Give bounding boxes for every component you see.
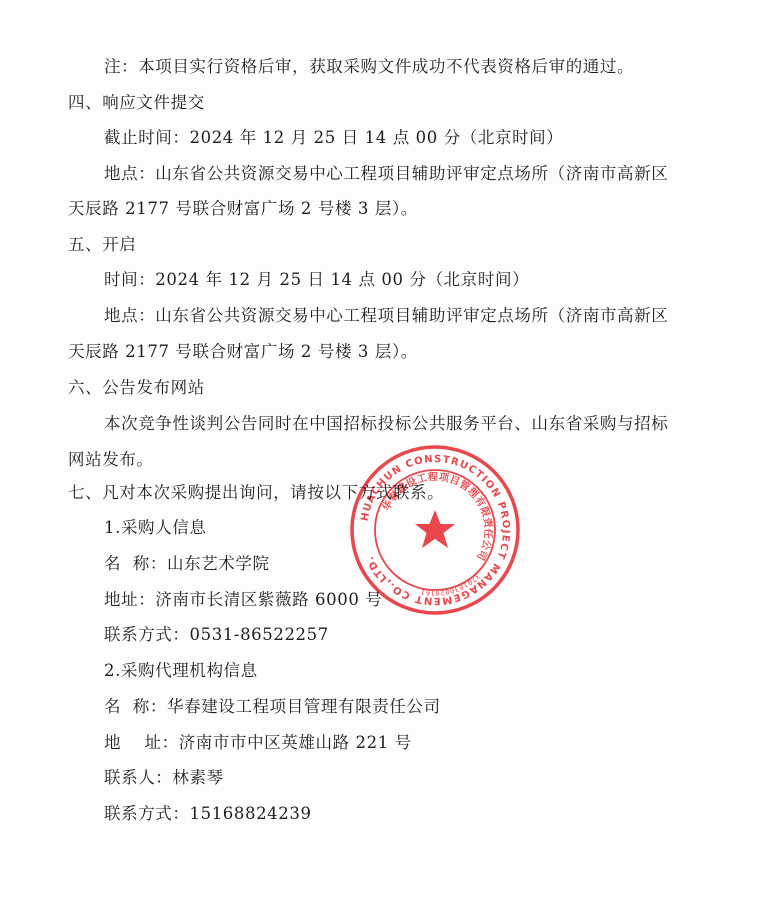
purchaser-address-label: 地址： <box>104 590 155 609</box>
agency-name: 华春建设工程项目管理有限责任公司 <box>167 697 441 716</box>
agency-contact-person: 林素琴 <box>172 768 223 787</box>
purchaser-name: 山东艺术学院 <box>167 554 270 573</box>
purchaser-info-title: 1.采购人信息 <box>104 517 744 539</box>
submission-location-line2: 天辰路 2177 号联合财富广场 2 号楼 3 层）。 <box>68 198 708 220</box>
purchaser-contact-label: 联系方式： <box>104 625 190 644</box>
publication-sites-line2: 网站发布。 <box>68 449 708 471</box>
agency-address-row: 地 址：济南市市中区英雄山路 221 号 <box>104 732 744 754</box>
agency-info-title: 2.采购代理机构信息 <box>104 660 744 682</box>
agency-address-label: 地 址： <box>104 733 179 752</box>
qualification-note: 注：本项目实行资格后审，获取采购文件成功不代表资格后审的通过。 <box>104 56 744 78</box>
agency-person-label: 联系人： <box>104 768 172 787</box>
agency-name-label: 名 称： <box>104 697 167 716</box>
publication-sites-line1: 本次竞争性谈判公告同时在中国招标投标公共服务平台、山东省采购与招标 <box>104 413 744 435</box>
purchaser-name-row: 名 称：山东艺术学院 <box>104 553 744 575</box>
section-heading-inquiries: 七、凡对本次采购提出询问，请按以下方式联系。 <box>68 482 708 504</box>
agency-name-row: 名 称：华春建设工程项目管理有限责任公司 <box>104 696 744 718</box>
section-heading-response-submission: 四、响应文件提交 <box>68 92 708 114</box>
agency-contact-label: 联系方式： <box>104 804 190 823</box>
agency-address: 济南市市中区英雄山路 221 号 <box>179 733 412 752</box>
opening-time: 时间：2024 年 12 月 25 日 14 点 00 分（北京时间） <box>104 269 744 291</box>
section-heading-publication-sites: 六、公告发布网站 <box>68 377 708 399</box>
purchaser-contact-row: 联系方式：0531-86522257 <box>104 624 744 646</box>
submission-deadline: 截止时间：2024 年 12 月 25 日 14 点 00 分（北京时间） <box>104 127 744 149</box>
agency-contact-person-row: 联系人：林素琴 <box>104 767 744 789</box>
document-page: 注：本项目实行资格后审，获取采购文件成功不代表资格后审的通过。 四、响应文件提交… <box>0 0 762 909</box>
purchaser-address-row: 地址：济南市长清区紫薇路 6000 号 <box>104 589 744 611</box>
section-heading-opening: 五、开启 <box>68 234 708 256</box>
opening-location-line1: 地点：山东省公共资源交易中心工程项目辅助评审定点场所（济南市高新区 <box>104 305 744 327</box>
purchaser-contact-phone: 0531-86522257 <box>190 625 329 644</box>
purchaser-name-label: 名 称： <box>104 554 167 573</box>
agency-contact-row: 联系方式：15168824239 <box>104 803 744 825</box>
submission-location-line1: 地点：山东省公共资源交易中心工程项目辅助评审定点场所（济南市高新区 <box>104 163 744 185</box>
purchaser-address: 济南市长清区紫薇路 6000 号 <box>155 590 382 609</box>
agency-contact-phone: 15168824239 <box>190 804 312 823</box>
opening-location-line2: 天辰路 2177 号联合财富广场 2 号楼 3 层）。 <box>68 341 708 363</box>
